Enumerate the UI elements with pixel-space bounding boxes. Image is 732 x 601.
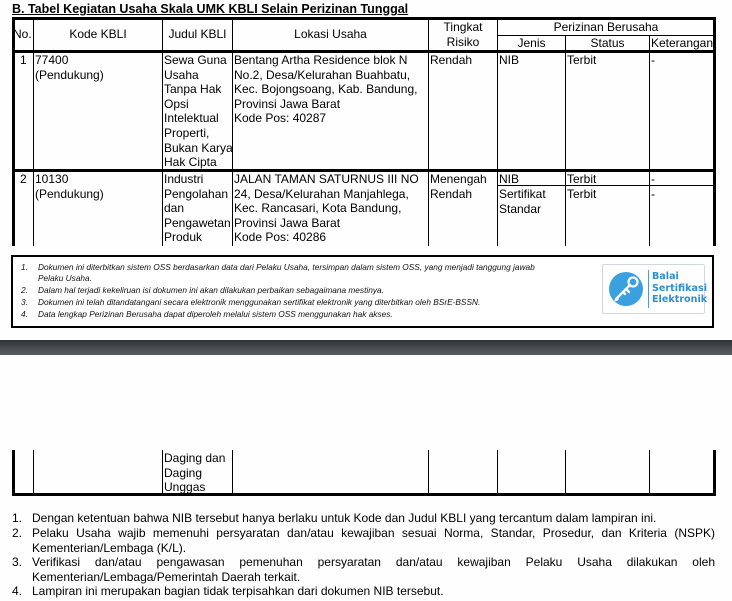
row-status: Terbit xyxy=(567,172,596,187)
header-perizinan-berusaha: Perizinan Berusaha xyxy=(498,20,714,35)
list-number: 1. xyxy=(12,511,22,526)
document-page-top: B. Tabel Kegiatan Usaha Skala UMK KBLI S… xyxy=(0,0,732,340)
row-judul: Sewa Guna Usaha Tanpa Hak Opsi Intelektu… xyxy=(164,53,233,170)
list-text: Kementerian/Lembaga (K/L). xyxy=(32,541,715,556)
col-line xyxy=(497,450,498,495)
list-text: Kementerian/Lembaga/Pemerintah Daerah te… xyxy=(32,570,715,585)
row-risiko: Rendah xyxy=(430,53,472,68)
list-number: 2. xyxy=(12,526,22,541)
col-line xyxy=(33,17,34,246)
row-lokasi: JALAN TAMAN SATURNUS III NO 24, Desa/Kel… xyxy=(234,172,419,245)
col-line xyxy=(649,35,650,246)
col-line xyxy=(33,450,34,495)
table-border-right xyxy=(713,450,716,495)
key-icon xyxy=(609,272,643,306)
header-jenis: Jenis xyxy=(498,36,565,51)
row-risiko: Menengah Rendah xyxy=(430,172,487,201)
header-kode-kbli: Kode KBLI xyxy=(34,27,162,42)
col-line xyxy=(497,17,498,246)
row-no: 2 xyxy=(20,172,27,187)
row-kode: 10130 (Pendukung) xyxy=(35,172,104,201)
row-status: Terbit xyxy=(567,187,596,202)
col-line xyxy=(428,450,429,495)
table-border-left xyxy=(12,450,15,495)
col-line xyxy=(162,450,163,495)
row-judul-continued: Daging dan Daging Unggas xyxy=(164,451,225,495)
row-jenis: Sertifikat Standar xyxy=(499,187,546,216)
row-kode: 77400 (Pendukung) xyxy=(35,53,104,82)
section-title: B. Tabel Kegiatan Usaha Skala UMK KBLI S… xyxy=(12,2,408,16)
list-number: 3. xyxy=(12,555,22,570)
page-divider xyxy=(0,340,732,355)
logo-separator xyxy=(648,270,649,308)
row-judul: Industri Pengolahan dan Pengawetan Produ… xyxy=(164,172,231,245)
note-text: Dalam hal terjadi kekeliruan isi dokumen… xyxy=(38,285,384,297)
note-text: Dokumen ini diterbitkan sistem OSS berda… xyxy=(38,262,535,274)
row-jenis: NIB xyxy=(499,53,519,68)
list-text: Verifikasi dan/atau pengawasan pemenuhan… xyxy=(32,555,715,570)
header-keterangan: Keterangan xyxy=(650,36,714,51)
note-text: Pelaku Usaha. xyxy=(38,273,92,285)
header-tingkat-risiko: Tingkat Risiko xyxy=(429,20,497,50)
row-no: 1 xyxy=(20,53,27,68)
list-text: Dengan ketentuan bahwa NIB tersebut hany… xyxy=(32,511,715,526)
logo-text: Balai Sertifikasi Elektronik xyxy=(652,271,707,306)
col-line xyxy=(565,450,566,495)
note-text: Dokumen ini telah ditandatangani secara … xyxy=(38,297,480,309)
list-text: Pelaku Usaha wajib memenuhi persyaratan … xyxy=(32,526,715,541)
col-line xyxy=(162,17,163,246)
row-jenis: NIB xyxy=(499,172,519,187)
note-number: 3. xyxy=(21,297,28,307)
header-no: No. xyxy=(13,27,33,42)
subrow-separator xyxy=(497,185,715,186)
col-line xyxy=(428,17,429,246)
header-judul-kbli: Judul KBLI xyxy=(163,27,232,42)
list-text: Lampiran ini merupakan bagian tidak terp… xyxy=(32,584,715,599)
bsre-logo: Balai Sertifikasi Elektronik xyxy=(602,264,705,314)
row-lokasi: Bentang Artha Residence blok N No.2, Des… xyxy=(234,53,417,126)
row-keterangan: - xyxy=(651,172,655,187)
table-border-bottom xyxy=(12,493,716,496)
col-line xyxy=(649,450,650,495)
row-status: Terbit xyxy=(567,53,596,68)
row-keterangan: - xyxy=(651,53,655,68)
header-lokasi: Lokasi Usaha xyxy=(233,27,428,42)
row-keterangan: - xyxy=(651,187,655,202)
note-number: 4. xyxy=(21,309,28,319)
col-line xyxy=(565,35,566,246)
note-number: 1. xyxy=(21,262,28,272)
header-status: Status xyxy=(566,36,649,51)
col-line xyxy=(232,450,233,495)
note-number: 2. xyxy=(21,285,28,295)
note-text: Data lengkap Perizinan Berusaha dapat di… xyxy=(38,309,393,321)
list-number: 4. xyxy=(12,584,22,599)
